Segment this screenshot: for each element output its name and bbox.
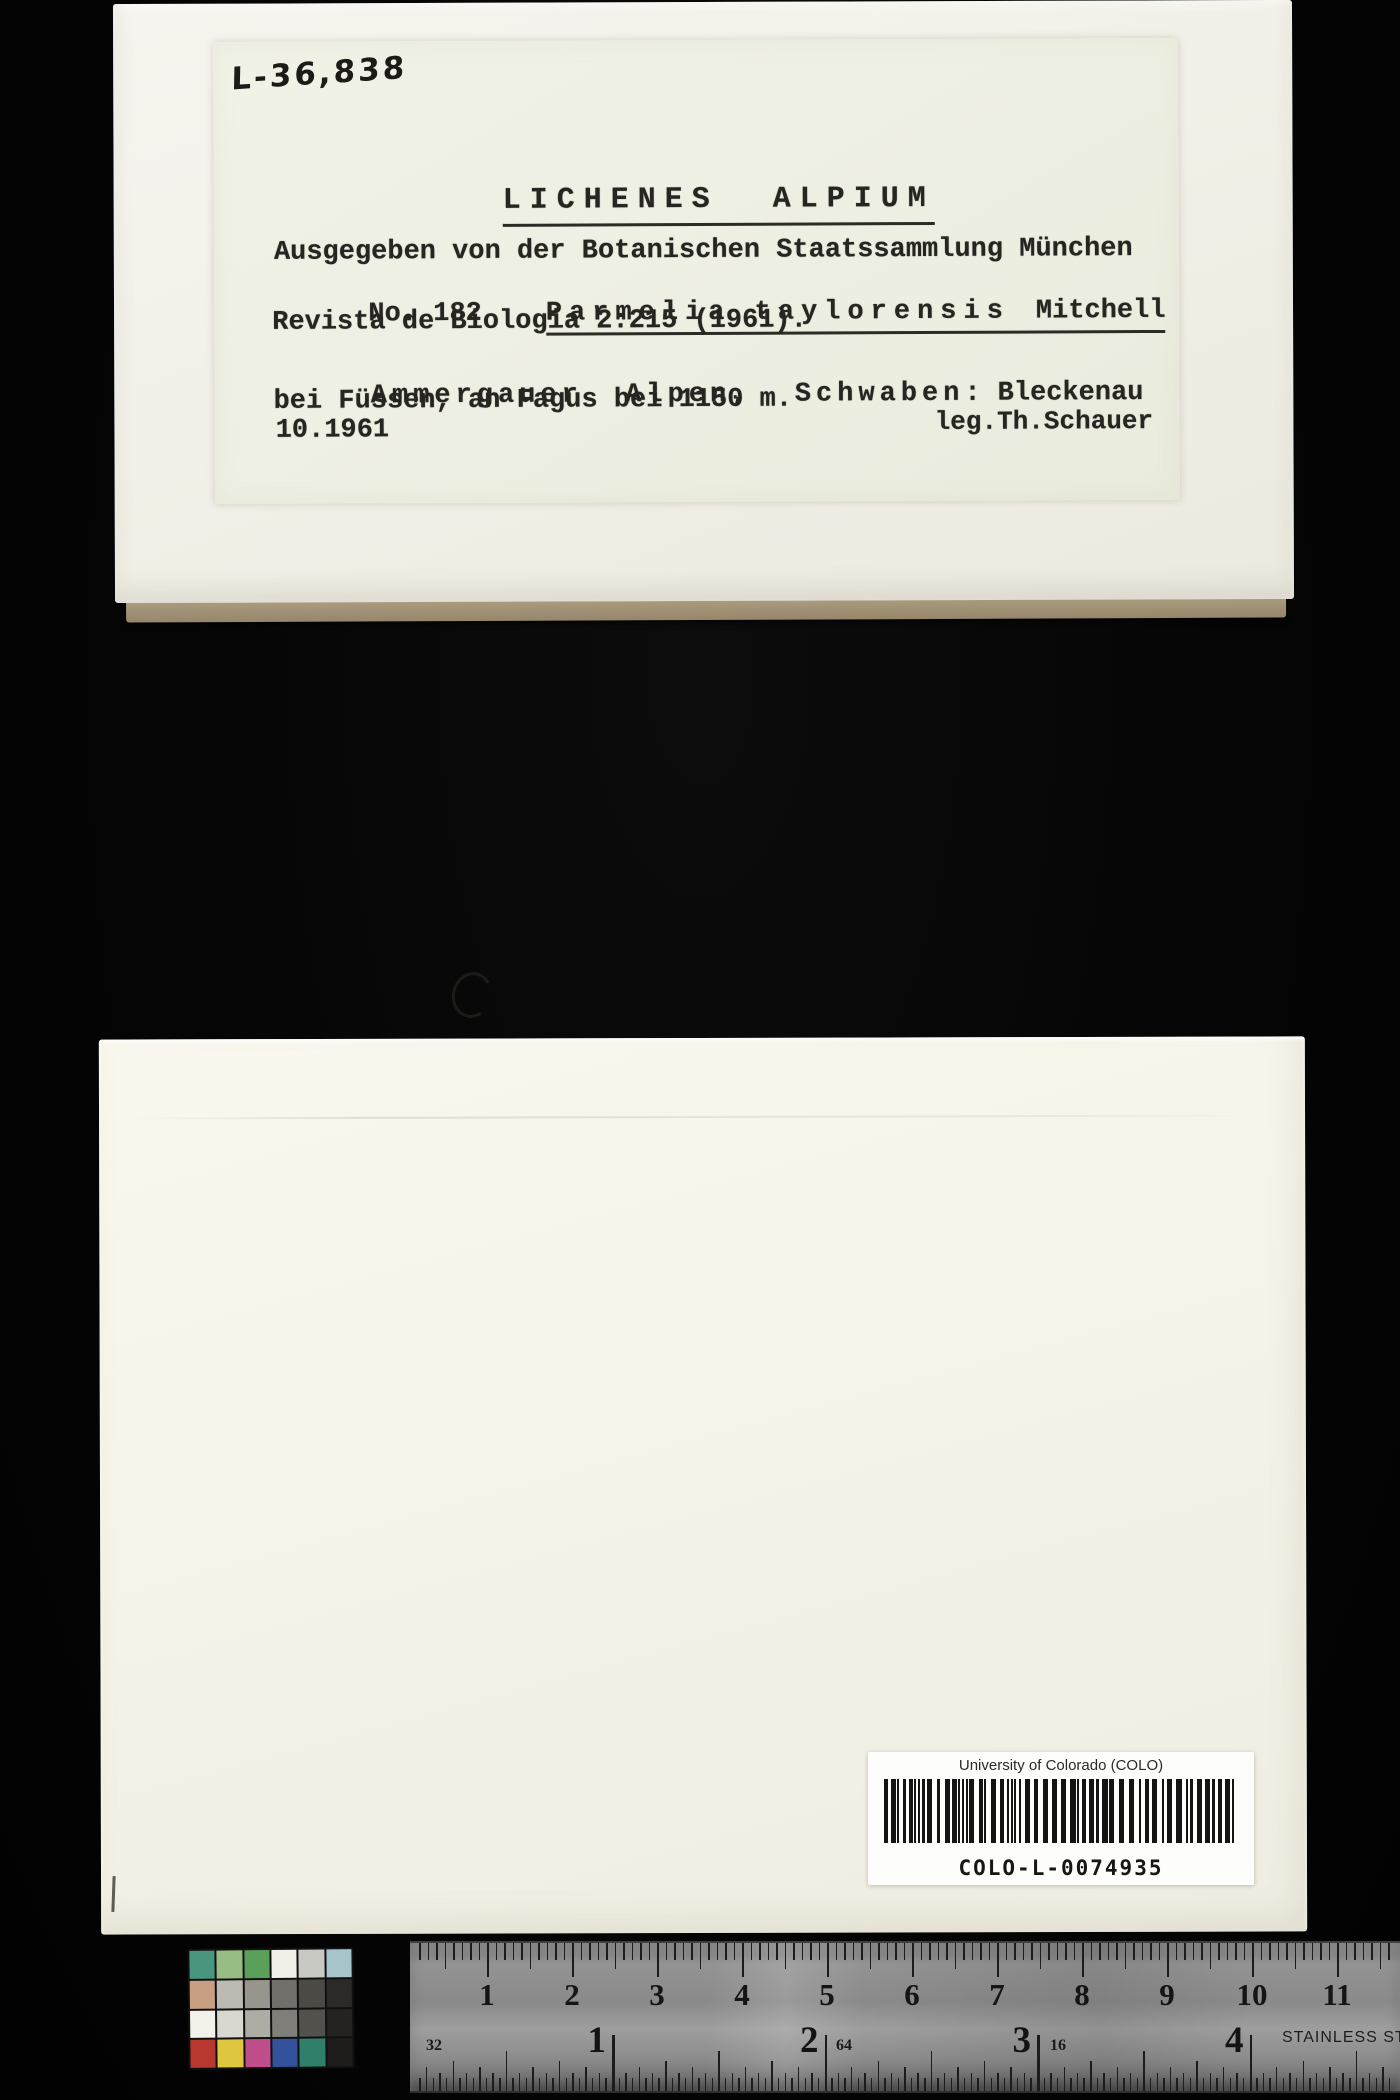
ruler-inch-tick [1050, 2073, 1051, 2091]
ruler-inch-tick [1283, 2078, 1284, 2091]
ruler-mm-tick [827, 1943, 829, 1977]
ruler-inch-tick [419, 2078, 420, 2091]
ruler-inch-tick [473, 2078, 474, 2091]
ruler-mm-tick [1193, 1943, 1195, 1960]
ruler-inch-tick [1369, 2073, 1370, 2091]
series-title: LICHENES ALPIUM [503, 182, 935, 227]
ruler-inch-tick [453, 2061, 454, 2091]
barcode-bar [891, 1779, 896, 1843]
color-patch [244, 1980, 270, 2008]
ruler-inch-tick [446, 2078, 447, 2091]
ruler-cm-number: 6 [904, 1977, 920, 2013]
ruler-mm-tick [1286, 1943, 1288, 1960]
color-patch [217, 2010, 243, 2038]
ruler-inch-tick [1276, 2067, 1277, 2091]
ruler-inch-tick [718, 2051, 719, 2091]
barcode-bar [1232, 1779, 1234, 1843]
ruler-mm-tick [1244, 1943, 1246, 1960]
color-patch [245, 2010, 271, 2038]
barcode-bar [1052, 1779, 1057, 1843]
barcode-bar [903, 1779, 907, 1843]
ruler-inch-tick [559, 2061, 560, 2091]
ruler-mm-tick [997, 1943, 999, 1977]
ruler-inch-tick [1130, 2073, 1131, 2091]
ruler-mm-tick [666, 1943, 668, 1960]
ruler-inch-tick [798, 2067, 799, 2091]
ruler-inch-tick [1143, 2051, 1144, 2091]
ruler-mm-tick [462, 1943, 464, 1960]
ruler-mm-tick [887, 1943, 889, 1960]
ruler-inch-tick [1210, 2073, 1211, 2091]
color-patch [299, 2009, 325, 2037]
ruler-inch-tick [957, 2067, 958, 2091]
ruler-inch-tick [685, 2078, 686, 2091]
ruler-mm-tick [1235, 1943, 1237, 1960]
crease-line [123, 1114, 1281, 1119]
collection-date: 10.1961 [276, 415, 390, 445]
ruler-mm-tick [1295, 1943, 1297, 1969]
ruler-inch-tick [1230, 2078, 1231, 2091]
ruler-mm-tick [1133, 1943, 1135, 1960]
ruler-mm-tick [700, 1943, 702, 1969]
ruler-inch-tick [864, 2073, 865, 2091]
ruler-cm-number: 5 [819, 1977, 835, 2013]
ruler-mm-tick [1023, 1943, 1025, 1960]
ruler-mm-tick [861, 1943, 863, 1960]
ruler-inch-tick [1216, 2078, 1217, 2091]
ruler-mm-tick [1346, 1943, 1348, 1960]
ruler-mm-tick [632, 1943, 634, 1960]
barcode-bar [984, 1779, 986, 1843]
ruler-mm-tick [691, 1943, 693, 1960]
barcode-bar [918, 1779, 920, 1843]
ruler-inch-tick [678, 2073, 679, 2091]
color-patch [300, 2039, 326, 2067]
ruler-mm-tick [1380, 1943, 1382, 1969]
ruler-inch-tick [479, 2067, 480, 2091]
ruler-mm-tick [496, 1943, 498, 1960]
specimen-photo: L-36,838 LICHENES ALPIUM Ausgegeben von … [0, 0, 1400, 2100]
ruler-mm-tick [1108, 1943, 1110, 1960]
ruler-mm-tick [470, 1943, 472, 1960]
barcode-bar [945, 1779, 950, 1843]
ruler-mm-tick [1371, 1943, 1373, 1960]
barcode-bar [1119, 1779, 1124, 1843]
ruler-mm-tick [776, 1943, 778, 1960]
ruler-mm-tick [1116, 1943, 1118, 1960]
ruler-mm-tick [742, 1943, 744, 1977]
ruler-mm-tick [895, 1943, 897, 1960]
ruler-mm-tick [674, 1943, 676, 1960]
ruler-cm-number: 4 [734, 1977, 750, 2013]
ruler-inch-tick [1269, 2078, 1270, 2091]
barcode-bar [1102, 1779, 1107, 1843]
ruler-inch-tick [1329, 2067, 1330, 2091]
ruler-mm-tick [1337, 1943, 1339, 1977]
ruler-inch-tick [672, 2078, 673, 2091]
ruler-inch-tick [499, 2078, 500, 2091]
ruler-inch-number: 4 [1225, 2019, 1250, 2062]
ruler-mm-tick [1363, 1943, 1365, 1960]
ruler-mm-tick [785, 1943, 787, 1969]
ruler-inch-tick [732, 2073, 733, 2091]
color-patch [190, 2040, 216, 2068]
ruler-brand-text: STAINLESS ST [1282, 2029, 1400, 2047]
ruler-inch-tick [466, 2073, 467, 2091]
ruler-inch-tick [878, 2061, 879, 2091]
ruler-inch-tick [1137, 2078, 1138, 2091]
ruler-mm-tick [1218, 1943, 1220, 1960]
color-patch [327, 2038, 353, 2066]
ruler-inch-tick [579, 2078, 580, 2091]
ruler-mm-tick [615, 1943, 617, 1969]
ruler-inch-tick [991, 2078, 992, 2091]
ruler-inch-tick [1103, 2073, 1104, 2091]
barcode-bar [1186, 1779, 1188, 1843]
ruler-inch-tick [1362, 2078, 1363, 2091]
ruler-inch-tick [838, 2073, 839, 2091]
ruler-inch-tick [1037, 2035, 1040, 2091]
ruler-inch-tick [526, 2078, 527, 2091]
barcode-bar [1014, 1779, 1016, 1843]
color-patch [272, 2009, 298, 2037]
ruler-inch-tick [705, 2073, 706, 2091]
ruler-inch-tick [984, 2061, 985, 2091]
ruler-mm-tick [1040, 1943, 1042, 1969]
ruler-inch-tick [931, 2051, 932, 2091]
ruler-mm-tick [581, 1943, 583, 1960]
ruler-mm-tick [870, 1943, 872, 1969]
ruler-mm-tick [878, 1943, 880, 1960]
ruler-inch-tick [1316, 2073, 1317, 2091]
ruler-mm-tick [530, 1943, 532, 1969]
color-patch [326, 1949, 352, 1977]
ruler-mm-tick [598, 1943, 600, 1960]
barcode-bar [937, 1779, 941, 1843]
ruler-inch-tick [751, 2078, 752, 2091]
ruler-inch-tick [977, 2078, 978, 2091]
ruler-mm-tick [1099, 1943, 1101, 1960]
ruler-inch-tick [904, 2067, 905, 2091]
ruler-inch-tick [1090, 2061, 1091, 2091]
ruler-inch-tick [1024, 2073, 1025, 2091]
ruler-inch-tick [439, 2073, 440, 2091]
ruler-inch-tick [1017, 2078, 1018, 2091]
ruler-mm-tick [1227, 1943, 1229, 1960]
ruler-inch-tick [632, 2078, 633, 2091]
ruler-mm-tick [1269, 1943, 1271, 1960]
ruler-mm-tick [649, 1943, 651, 1960]
ruler-fraction-label: 32 [426, 2037, 442, 2055]
ruler-mm-tick [453, 1943, 455, 1960]
ruler-inch-tick [1190, 2078, 1191, 2091]
ruler-mm-tick [1303, 1943, 1305, 1960]
ruler-mm-tick [793, 1943, 795, 1960]
barcode-bar [1190, 1779, 1194, 1843]
color-calibration-chart [187, 1947, 354, 2070]
ruler-inch-tick [1196, 2061, 1197, 2091]
barcode-bar [1176, 1779, 1181, 1843]
ruler-inch-tick [805, 2078, 806, 2091]
ruler-mm-tick [955, 1943, 957, 1969]
ruler-inch-tick [532, 2067, 533, 2091]
ruler-inch-tick [426, 2067, 427, 2091]
ruler-inch-tick [1183, 2073, 1184, 2091]
ruler-inch-tick [1117, 2067, 1118, 2091]
barcode-bar [922, 1779, 926, 1843]
ruler-mm-tick [980, 1943, 982, 1960]
ruler-inch-tick [951, 2078, 952, 2091]
ruler-inch-tick [1349, 2078, 1350, 2091]
barcode-bar [1007, 1779, 1009, 1843]
ruler-inch-tick [658, 2078, 659, 2091]
barcode-bar [914, 1779, 916, 1843]
barcode-bar [1082, 1779, 1086, 1843]
ruler-mm-tick [419, 1943, 421, 1960]
ruler-mm-tick [921, 1943, 923, 1960]
ruler-inch-tick [811, 2073, 812, 2091]
ruler-inch-tick [791, 2078, 792, 2091]
ruler-inch-tick [652, 2073, 653, 2091]
ruler-mm-tick [657, 1943, 659, 1977]
ruler-mm-tick [802, 1943, 804, 1960]
ruler-mm-tick [717, 1943, 719, 1960]
barcode-bar [1197, 1779, 1202, 1843]
ruler-inch-tick [917, 2073, 918, 2091]
ruler-mm-tick [487, 1943, 489, 1977]
ruler-inch-tick [619, 2078, 620, 2091]
barcode-bar [1212, 1779, 1216, 1843]
ruler-mm-tick [623, 1943, 625, 1960]
ruler-fraction-label: 16 [1050, 2037, 1066, 2055]
ruler-inch-tick [1296, 2078, 1297, 2091]
ruler-inch-tick [566, 2078, 567, 2091]
ruler-mm-tick [1159, 1943, 1161, 1960]
ruler-inch-tick [1336, 2078, 1337, 2091]
ruler-mm-tick [938, 1943, 940, 1960]
ruler-inch-tick [552, 2078, 553, 2091]
ruler-inch-tick [1150, 2078, 1151, 2091]
ruler-inch-tick [665, 2061, 666, 2091]
ruler-inch-tick [771, 2061, 772, 2091]
barcode-bar [969, 1779, 974, 1843]
ruler-inch-tick [539, 2078, 540, 2091]
ruler-inch-tick [712, 2078, 713, 2091]
ruler-inch-tick [911, 2078, 912, 2091]
ruler-mm-tick [819, 1943, 821, 1960]
color-patch [299, 1949, 325, 1977]
ruler-inch-tick [1170, 2067, 1171, 2091]
ruler-mm-tick [521, 1943, 523, 1960]
ruler-inch-tick [599, 2073, 600, 2091]
ruler-inch-tick [459, 2078, 460, 2091]
ruler-mm-tick [555, 1943, 557, 1960]
ruler-inch-tick [1070, 2078, 1071, 2091]
barcode-bar [1025, 1779, 1030, 1843]
ruler-mm-tick [912, 1943, 914, 1977]
ruler-cm-number: 7 [989, 1977, 1005, 2013]
ruler-inch-tick [612, 2035, 615, 2091]
color-patch [326, 1979, 352, 2007]
ruler-mm-tick [853, 1943, 855, 1960]
barcode-bar [1218, 1779, 1222, 1843]
ruler-mm-tick [904, 1943, 906, 1960]
color-patch [327, 2009, 353, 2037]
ruler-inch-tick [971, 2073, 972, 2091]
specimen-label: L-36,838 LICHENES ALPIUM Ausgegeben von … [213, 38, 1180, 504]
ruler-inch-tick [492, 2073, 493, 2091]
barcode-bar [1019, 1779, 1021, 1843]
ruler-inch-tick [486, 2078, 487, 2091]
ruler-mm-tick [547, 1943, 549, 1960]
ruler-mm-tick [513, 1943, 515, 1960]
ruler-mm-tick [1184, 1943, 1186, 1960]
ruler-mm-tick [538, 1943, 540, 1960]
color-patch [299, 1979, 325, 2007]
barcode-bar [1000, 1779, 1004, 1843]
ruler-mm-tick [929, 1943, 931, 1960]
barcode-bar [1139, 1779, 1141, 1843]
barcode-bar [1034, 1779, 1038, 1843]
ruler-mm-tick [1252, 1943, 1254, 1977]
ruler-inch-tick [1203, 2078, 1204, 2091]
ruler-mm-tick [1091, 1943, 1093, 1960]
ruler-inch-tick [645, 2078, 646, 2091]
color-patch [190, 2010, 216, 2038]
ruler-inch-tick [1289, 2073, 1290, 2091]
ruler-mm-tick [1320, 1943, 1322, 1960]
ruler-inch-tick [572, 2073, 573, 2091]
ruler-inch-tick [871, 2078, 872, 2091]
barcode-bar [966, 1779, 968, 1843]
ruler-mm-tick [1125, 1943, 1127, 1969]
ruler-cm-number: 1 [479, 1977, 495, 2013]
ruler-inch-tick [1243, 2078, 1244, 2091]
ruler-inch-tick [1163, 2078, 1164, 2091]
ruler-mm-tick [572, 1943, 574, 1977]
ruler-mm-tick [844, 1943, 846, 1960]
ruler-mm-tick [1057, 1943, 1059, 1960]
ruler-inch-tick [698, 2078, 699, 2091]
reference-line: Revista de Biologia 2:215 (1961). [272, 306, 807, 338]
color-patch [217, 1980, 243, 2008]
barcode-bar [1011, 1779, 1013, 1843]
ruler-inch-tick [997, 2073, 998, 2091]
ruler-mm-tick [1278, 1943, 1280, 1960]
ruler-inch-tick [1342, 2073, 1343, 2091]
ruler-inch-tick [1004, 2078, 1005, 2091]
ruler: STAINLESS ST 12345678910111234326416 [410, 1941, 1400, 2093]
ruler-mm-tick [640, 1943, 642, 1960]
barcode-bar [1152, 1779, 1157, 1843]
ruler-mm-tick [1210, 1943, 1212, 1969]
ruler-mm-tick [436, 1943, 438, 1960]
ruler-inch-tick [937, 2078, 938, 2091]
ruler-inch-tick [1263, 2073, 1264, 2091]
ruler-mm-tick [963, 1943, 965, 1960]
ruler-mm-tick [751, 1943, 753, 1960]
barcode-bar [927, 1779, 932, 1843]
ruler-mm-tick [810, 1943, 812, 1960]
smudge-mark [447, 968, 497, 1022]
ruler-cm-number: 11 [1322, 1977, 1351, 2013]
ruler-mm-tick [1167, 1943, 1169, 1977]
color-patch [272, 2039, 298, 2067]
ruler-cm-number: 3 [649, 1977, 665, 2013]
ruler-inch-number: 3 [1013, 2019, 1038, 2062]
ruler-mm-tick [445, 1943, 447, 1969]
color-patch [189, 1951, 215, 1979]
ruler-cm-number: 8 [1074, 1977, 1090, 2013]
ruler-inch-tick [1323, 2078, 1324, 2091]
barcode-bar [1162, 1779, 1164, 1843]
ruler-mm-tick [946, 1943, 948, 1960]
ruler-mm-tick [1201, 1943, 1203, 1960]
color-patch [190, 1980, 216, 2008]
ruler-inch-tick [818, 2078, 819, 2091]
ruler-cm-number: 2 [564, 1977, 580, 2013]
barcode-bar [979, 1779, 983, 1843]
ruler-inch-number: 1 [588, 2019, 613, 2062]
ruler-mm-tick [768, 1943, 770, 1960]
ruler-inch-tick [924, 2078, 925, 2091]
barcode-bar [897, 1779, 899, 1843]
ruler-inch-tick [858, 2078, 859, 2091]
ruler-inch-tick [519, 2073, 520, 2091]
ruler-mm-tick [1176, 1943, 1178, 1960]
ruler-inch-tick [1097, 2078, 1098, 2091]
locality-place: Bleckenau [998, 378, 1144, 409]
barcode-number: COLO-L-0074935 [868, 1856, 1254, 1880]
color-patch [217, 1950, 243, 1978]
ruler-inch-tick [639, 2067, 640, 2091]
ruler-inch-tick [1236, 2073, 1237, 2091]
barcode-bar [909, 1779, 913, 1843]
ruler-inch-tick [1176, 2078, 1177, 2091]
ruler-inch-tick [1123, 2078, 1124, 2091]
ruler-mm-tick [1065, 1943, 1067, 1960]
ruler-inch-tick [725, 2078, 726, 2091]
barcode-bar [991, 1779, 996, 1843]
barcode-bar [1096, 1779, 1100, 1843]
ruler-mm-tick [1329, 1943, 1331, 1960]
ruler-inch-tick [433, 2078, 434, 2091]
ruler-mm-tick [504, 1943, 506, 1960]
barcode-bar [1043, 1779, 1048, 1843]
ruler-inch-tick [765, 2078, 766, 2091]
accession-number: L-36,838 [231, 50, 408, 98]
ruler-mm-tick [836, 1943, 838, 1960]
ruler-mm-tick [734, 1943, 736, 1960]
barcode-bar [1129, 1779, 1134, 1843]
barcode-bar [1109, 1779, 1114, 1843]
ruler-inch-tick [592, 2078, 593, 2091]
ruler-mm-tick [1048, 1943, 1050, 1960]
ruler-cm-number: 9 [1159, 1977, 1175, 2013]
barcode-bar [884, 1779, 888, 1843]
ruler-inch-tick [1077, 2073, 1078, 2091]
ruler-mm-tick [989, 1943, 991, 1960]
ruler-inch-tick [1256, 2078, 1257, 2091]
ruler-inch-tick [1044, 2078, 1045, 2091]
ruler-inch-tick [512, 2078, 513, 2091]
ruler-inch-tick [1356, 2051, 1357, 2091]
ruler-inch-tick [1382, 2067, 1383, 2091]
ruler-inch-tick [625, 2073, 626, 2091]
institution-name: University of Colorado (COLO) [868, 1757, 1254, 1774]
ruler-inch-tick [851, 2067, 852, 2091]
species-author: Mitchell [1036, 296, 1166, 327]
